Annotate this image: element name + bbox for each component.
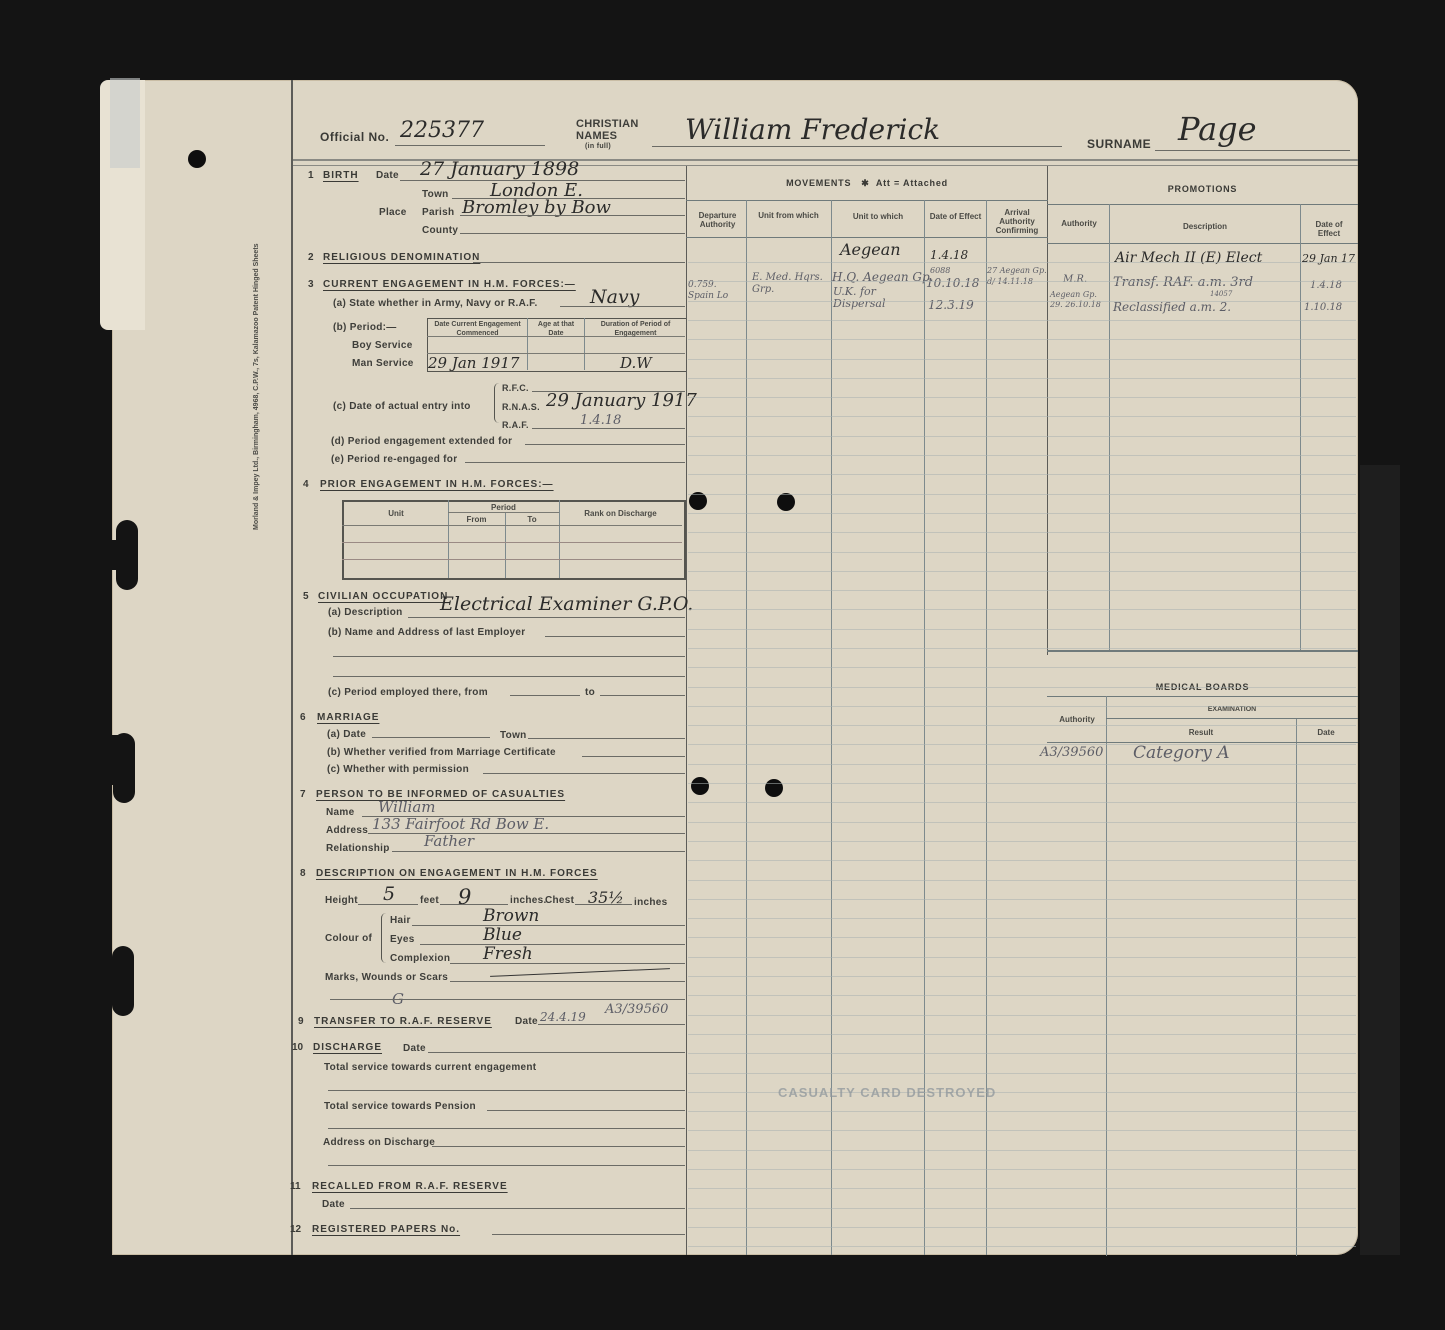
grid-rule bbox=[688, 339, 1356, 340]
table-divider bbox=[448, 512, 559, 513]
section-number: 11 bbox=[290, 1181, 301, 1192]
brace bbox=[494, 383, 500, 423]
grid-rule bbox=[688, 899, 1356, 900]
grid-rule bbox=[688, 841, 1356, 842]
grid-rule bbox=[688, 976, 1356, 977]
table-divider bbox=[342, 559, 682, 560]
rule bbox=[492, 1234, 685, 1235]
section-number: 6 bbox=[300, 712, 306, 723]
rule bbox=[487, 1110, 685, 1111]
in-full-label: (in full) bbox=[585, 143, 611, 150]
rule bbox=[432, 1146, 685, 1147]
complexion-label: Complexion bbox=[390, 953, 450, 964]
grid-rule bbox=[688, 937, 1356, 938]
col-to: To bbox=[505, 515, 559, 524]
section-number: 2 bbox=[308, 252, 314, 263]
height-label: Height bbox=[325, 895, 358, 906]
rule bbox=[528, 738, 685, 739]
rule bbox=[408, 617, 685, 618]
discharge-date-label: Date bbox=[403, 1043, 426, 1054]
grid-rule bbox=[688, 1053, 1356, 1054]
occupation-description-value: Electrical Examiner G.P.O. bbox=[440, 593, 693, 615]
movements-title-text: MOVEMENTS bbox=[786, 178, 851, 188]
col-promo-authority: Authority bbox=[1050, 219, 1108, 228]
transfer-date-label: Date bbox=[515, 1016, 538, 1027]
rule bbox=[450, 963, 685, 964]
movements-legend: Att = Attached bbox=[876, 178, 948, 188]
place-label: Place bbox=[379, 207, 407, 218]
rule bbox=[450, 981, 685, 982]
marriage-date-label: (a) Date bbox=[327, 729, 366, 740]
movements-title: MOVEMENTS ✱ Att = Attached bbox=[686, 178, 1048, 189]
grid-rule bbox=[688, 609, 1356, 610]
col-arrival-authority: Arrival Authority Confirming bbox=[991, 208, 1043, 235]
rule bbox=[395, 145, 545, 146]
rule bbox=[420, 944, 685, 945]
col-from: From bbox=[448, 515, 505, 524]
raf-label: R.A.F. bbox=[502, 420, 529, 430]
promotions-header-rule bbox=[1047, 243, 1358, 244]
rule bbox=[333, 676, 685, 677]
movements-title-rule bbox=[686, 200, 1048, 201]
movement-row1-to: Aegean bbox=[840, 240, 901, 259]
birth-date-label: Date bbox=[376, 170, 399, 181]
promotion-row3-note: 14057 bbox=[1210, 290, 1232, 298]
discharge-address-label: Address on Discharge bbox=[323, 1137, 435, 1148]
reengaged-label: (e) Period re-engaged for bbox=[331, 454, 457, 465]
occupation-description-label: (a) Description bbox=[328, 607, 403, 618]
rule bbox=[575, 904, 632, 905]
registered-papers-heading: REGISTERED PAPERS No. bbox=[312, 1224, 460, 1235]
grid-rule bbox=[688, 359, 1356, 360]
grid-rule bbox=[688, 378, 1356, 379]
grid-rule bbox=[688, 744, 1356, 745]
binder-notch-bar-2 bbox=[86, 735, 126, 785]
grid-rule bbox=[688, 301, 1356, 302]
grid-rule bbox=[688, 764, 1356, 765]
rule bbox=[600, 695, 685, 696]
grid-rule bbox=[688, 281, 1356, 282]
transfer-reserve-heading: TRANSFER TO R.A.F. RESERVE bbox=[314, 1016, 492, 1027]
total-current-label: Total service towards current engagement bbox=[324, 1062, 536, 1073]
grid-rule bbox=[688, 918, 1356, 919]
rule bbox=[333, 656, 685, 657]
col-medical-date: Date bbox=[1296, 728, 1356, 737]
rule bbox=[412, 925, 685, 926]
date-entry-label: (c) Date of actual entry into bbox=[333, 401, 471, 412]
medical-title-rule bbox=[1047, 696, 1358, 697]
casualty-name-label: Name bbox=[326, 807, 354, 818]
discharge-heading: DISCHARGE bbox=[313, 1042, 382, 1053]
medical-col-line bbox=[1296, 718, 1297, 1256]
service-branch-label: (a) State whether in Army, Navy or R.A.F… bbox=[333, 298, 538, 309]
movement-row2-from: E. Med. Hqrs. Grp. bbox=[752, 272, 826, 296]
section-number: 1 bbox=[308, 170, 314, 181]
grid-rule bbox=[688, 397, 1356, 398]
christian-names-value: William Frederick bbox=[685, 113, 940, 146]
period-employed-label: (c) Period employed there, from bbox=[328, 687, 488, 698]
col-period: Period bbox=[448, 503, 559, 512]
prior-engagement-heading: PRIOR ENGAGEMENT IN H.M. FORCES:— bbox=[320, 479, 554, 490]
col-departure-authority: Departure Authority bbox=[690, 211, 745, 229]
grid-rule bbox=[688, 436, 1356, 437]
hinge-line bbox=[291, 80, 293, 1255]
table-divider bbox=[584, 318, 585, 370]
official-no-value: 225377 bbox=[400, 118, 484, 143]
medical-subheader-rule bbox=[1106, 718, 1358, 719]
grid-rule bbox=[688, 687, 1356, 688]
medical-row1-authority: A3/39560 bbox=[1040, 745, 1103, 760]
casualty-relationship-value: Father bbox=[424, 832, 474, 850]
marriage-verified-label: (b) Whether verified from Marriage Certi… bbox=[327, 747, 556, 758]
rnas-value: 29 January 1917 bbox=[546, 390, 697, 411]
rule bbox=[532, 428, 685, 429]
movement-row3-departure: 0.759. Spain Lo bbox=[688, 280, 744, 302]
grid-rule bbox=[688, 1130, 1356, 1131]
rule bbox=[358, 904, 418, 905]
service-branch-value: Navy bbox=[590, 286, 639, 308]
grid-rule bbox=[688, 474, 1356, 475]
casualty-relationship-label: Relationship bbox=[326, 843, 390, 854]
table-divider bbox=[342, 525, 682, 526]
man-service-duration: D.W bbox=[620, 354, 652, 372]
grid-rule bbox=[688, 455, 1356, 456]
civilian-occupation-heading: CIVILIAN OCCUPATION bbox=[318, 591, 448, 602]
grid-rule bbox=[688, 1111, 1356, 1112]
recalled-date-label: Date bbox=[322, 1199, 345, 1210]
rule bbox=[460, 215, 685, 216]
promotion-row1-date: 29 Jan 17 bbox=[1302, 252, 1355, 265]
eyes-value: Blue bbox=[483, 925, 522, 945]
man-service-label: Man Service bbox=[352, 358, 414, 369]
casualty-name-value: William bbox=[378, 798, 436, 816]
grid-rule bbox=[688, 494, 1356, 495]
printer-imprint: Morland & Impey Ltd., Birmingham, 4968, … bbox=[253, 243, 260, 530]
rule bbox=[510, 695, 580, 696]
promotion-row1-description: Air Mech II (E) Elect bbox=[1115, 250, 1262, 266]
boy-service-label: Boy Service bbox=[352, 340, 413, 351]
section-number: 8 bbox=[300, 868, 306, 879]
grid-rule bbox=[688, 995, 1356, 996]
col-unit-to: Unit to which bbox=[843, 212, 913, 221]
table-divider bbox=[527, 318, 528, 370]
movement-row2-date-note: 6088 bbox=[930, 266, 950, 275]
binder-notch-bar-1 bbox=[86, 540, 126, 570]
rule bbox=[330, 999, 685, 1000]
casualty-address-label: Address bbox=[326, 825, 368, 836]
marriage-permission-label: (c) Whether with permission bbox=[327, 764, 469, 775]
transfer-date-value: 24.4.19 bbox=[540, 1010, 586, 1024]
rule bbox=[473, 262, 685, 263]
rule bbox=[1155, 150, 1350, 151]
punch-hole bbox=[188, 150, 206, 168]
religious-denomination-heading: RELIGIOUS DENOMINATION bbox=[323, 252, 480, 263]
punch-hole bbox=[691, 777, 709, 795]
col-promo-date: Date of Effect bbox=[1304, 220, 1354, 238]
current-engagement-heading: CURRENT ENGAGEMENT IN H.M. FORCES:— bbox=[323, 279, 576, 290]
rule bbox=[428, 1052, 685, 1053]
birth-heading: BIRTH bbox=[323, 170, 359, 181]
grid-rule bbox=[688, 416, 1356, 417]
medical-row1-result: Category A bbox=[1133, 743, 1230, 763]
section-number: 5 bbox=[303, 591, 309, 602]
grid-rule bbox=[688, 320, 1356, 321]
marriage-heading: MARRIAGE bbox=[317, 712, 379, 723]
col-date-commenced: Date Current Engagement Commenced bbox=[430, 320, 525, 338]
section-number: 12 bbox=[290, 1224, 301, 1235]
grid-rule bbox=[688, 880, 1356, 881]
grid-rule bbox=[688, 957, 1356, 958]
rule bbox=[460, 233, 685, 234]
last-employer-label: (b) Name and Address of last Employer bbox=[328, 627, 525, 638]
grid-rule bbox=[688, 262, 1356, 263]
rule bbox=[465, 462, 685, 463]
col-date-effect: Date of Effect bbox=[928, 212, 983, 221]
grid-rule bbox=[688, 860, 1356, 861]
punch-hole bbox=[765, 779, 783, 797]
asterisk-icon: ✱ bbox=[861, 178, 869, 188]
colour-of-label: Colour of bbox=[325, 933, 372, 944]
grid-rule bbox=[688, 1150, 1356, 1151]
grid-rule bbox=[688, 571, 1356, 572]
surname-value: Page bbox=[1178, 110, 1257, 148]
hair-label: Hair bbox=[390, 915, 411, 926]
grid-rule bbox=[688, 802, 1356, 803]
christian-names-label: CHRISTIAN bbox=[576, 118, 639, 130]
binder-panel bbox=[1360, 465, 1400, 1255]
rule bbox=[392, 851, 685, 852]
extended-label: (d) Period engagement extended for bbox=[331, 436, 512, 447]
section-number: 9 bbox=[298, 1016, 304, 1027]
rule bbox=[328, 1128, 685, 1129]
promotion-row3-description: Reclassified a.m. 2. bbox=[1113, 300, 1231, 314]
grid-rule bbox=[688, 1246, 1356, 1247]
movement-row2-arrival: 27 Aegean Gp. d/ 14.11.18 bbox=[987, 265, 1047, 287]
casualties-heading: PERSON TO BE INFORMED OF CASUALTIES bbox=[316, 789, 565, 800]
man-service-date: 29 Jan 1917 bbox=[428, 354, 519, 372]
section-number: 7 bbox=[300, 789, 306, 800]
grid-rule bbox=[688, 629, 1356, 630]
grid-rule bbox=[688, 822, 1356, 823]
rule bbox=[372, 737, 490, 738]
grid-rule bbox=[688, 725, 1356, 726]
birth-date-value: 27 January 1898 bbox=[420, 158, 579, 180]
rule bbox=[328, 1165, 685, 1166]
movement-row2-date: 10.10.18 bbox=[926, 276, 979, 290]
feet-label: feet bbox=[420, 895, 439, 906]
col-rank: Rank on Discharge bbox=[559, 509, 682, 518]
official-no-label: Official No. bbox=[320, 130, 389, 144]
marriage-town-label: Town bbox=[500, 730, 527, 741]
divider-left bbox=[686, 165, 687, 1255]
col-result: Result bbox=[1106, 728, 1296, 737]
hair-value: Brown bbox=[483, 906, 539, 926]
grid-rule bbox=[688, 1208, 1356, 1209]
brace bbox=[381, 913, 387, 963]
grid-rule bbox=[688, 532, 1356, 533]
promotion-row2-description: Transf. RAF. a.m. 3rd bbox=[1113, 275, 1253, 290]
grid-rule bbox=[688, 667, 1356, 668]
movement-row3-to: U.K. for Dispersal bbox=[833, 286, 918, 310]
rule bbox=[440, 904, 508, 905]
binder-notch-bar-3 bbox=[86, 970, 126, 1000]
promotion-row2-authority: M.R. bbox=[1063, 274, 1087, 285]
grid-rule bbox=[688, 513, 1356, 514]
tape-strip bbox=[110, 78, 140, 168]
rule bbox=[538, 1024, 685, 1025]
raf-value: 1.4.18 bbox=[580, 413, 621, 428]
rule bbox=[560, 306, 685, 307]
col-duration: Duration of Period of Engagement bbox=[588, 320, 683, 338]
promotions-title: PROMOTIONS bbox=[1047, 184, 1358, 194]
casualty-card-destroyed-stamp: CASUALTY CARD DESTROYED bbox=[778, 1085, 996, 1100]
county-label: County bbox=[422, 225, 458, 236]
grid-rule bbox=[688, 590, 1356, 591]
rule bbox=[328, 1090, 685, 1091]
recalled-heading: RECALLED FROM R.A.F. RESERVE bbox=[312, 1181, 508, 1192]
christian-names-label-2: NAMES bbox=[576, 130, 617, 142]
marks-label: Marks, Wounds or Scars bbox=[325, 972, 448, 983]
col-promo-description: Description bbox=[1112, 222, 1298, 231]
inches-label: inches. bbox=[510, 895, 547, 906]
surname-label: SURNAME bbox=[1087, 137, 1151, 151]
grid-rule bbox=[688, 552, 1356, 553]
rule bbox=[545, 636, 685, 637]
height-feet-value: 5 bbox=[383, 883, 395, 905]
total-pension-label: Total service towards Pension bbox=[324, 1101, 476, 1112]
transfer-ref: A3/39560 bbox=[605, 1002, 668, 1017]
section-number: 3 bbox=[308, 279, 314, 290]
casualty-address-value: 133 Fairfoot Rd Bow E. bbox=[372, 815, 549, 833]
promotions-col-line bbox=[1109, 204, 1110, 650]
chest-label: Chest bbox=[545, 895, 574, 906]
movement-row1-date: 1.4.18 bbox=[930, 248, 968, 262]
complexion-value: Fresh bbox=[483, 944, 533, 964]
rfc-label: R.F.C. bbox=[502, 383, 529, 393]
rule bbox=[368, 833, 685, 834]
col-unit-from: Unit from which bbox=[756, 211, 821, 220]
period-label: (b) Period:— bbox=[333, 322, 397, 333]
height-inches-value: 9 bbox=[458, 885, 471, 909]
chest-unit-label: inches bbox=[634, 897, 667, 908]
grid-rule bbox=[688, 1188, 1356, 1189]
grid-rule bbox=[688, 706, 1356, 707]
promotions-bottom-rule bbox=[1047, 650, 1358, 652]
eyes-label: Eyes bbox=[390, 934, 415, 945]
section-number: 10 bbox=[292, 1042, 303, 1053]
rnas-label: R.N.A.S. bbox=[502, 402, 540, 412]
col-age: Age at that Date bbox=[530, 320, 582, 338]
rule bbox=[582, 756, 685, 757]
promotion-row3-date: 1.10.18 bbox=[1304, 302, 1342, 313]
period-employed-to: to bbox=[585, 687, 595, 698]
col-medical-authority: Authority bbox=[1049, 715, 1105, 724]
punch-hole bbox=[777, 493, 795, 511]
promotions-title-rule bbox=[1047, 204, 1358, 205]
grid-rule bbox=[688, 1227, 1356, 1228]
table-divider bbox=[342, 542, 682, 543]
description-heading: DESCRIPTION ON ENGAGEMENT IN H.M. FORCES bbox=[316, 868, 598, 879]
rule bbox=[483, 773, 685, 774]
col-unit: Unit bbox=[344, 509, 448, 518]
movements-header-rule bbox=[686, 237, 1048, 238]
grid-rule bbox=[688, 1034, 1356, 1035]
grid-rule bbox=[688, 1073, 1356, 1074]
town-label: Town bbox=[422, 189, 449, 200]
rule bbox=[525, 444, 685, 445]
divider-right bbox=[1047, 165, 1048, 655]
section-number: 4 bbox=[303, 479, 309, 490]
promotion-row3-authority: Aegean Gp. 29. 26.10.18 bbox=[1050, 290, 1108, 310]
grid-rule bbox=[688, 1015, 1356, 1016]
grid-rule bbox=[688, 648, 1356, 649]
promotions-col-line bbox=[1300, 204, 1301, 650]
rule bbox=[350, 1208, 685, 1209]
grid-rule bbox=[688, 783, 1356, 784]
rule bbox=[652, 146, 1062, 147]
grid-rule bbox=[688, 1169, 1356, 1170]
parish-label: Parish bbox=[422, 207, 454, 218]
